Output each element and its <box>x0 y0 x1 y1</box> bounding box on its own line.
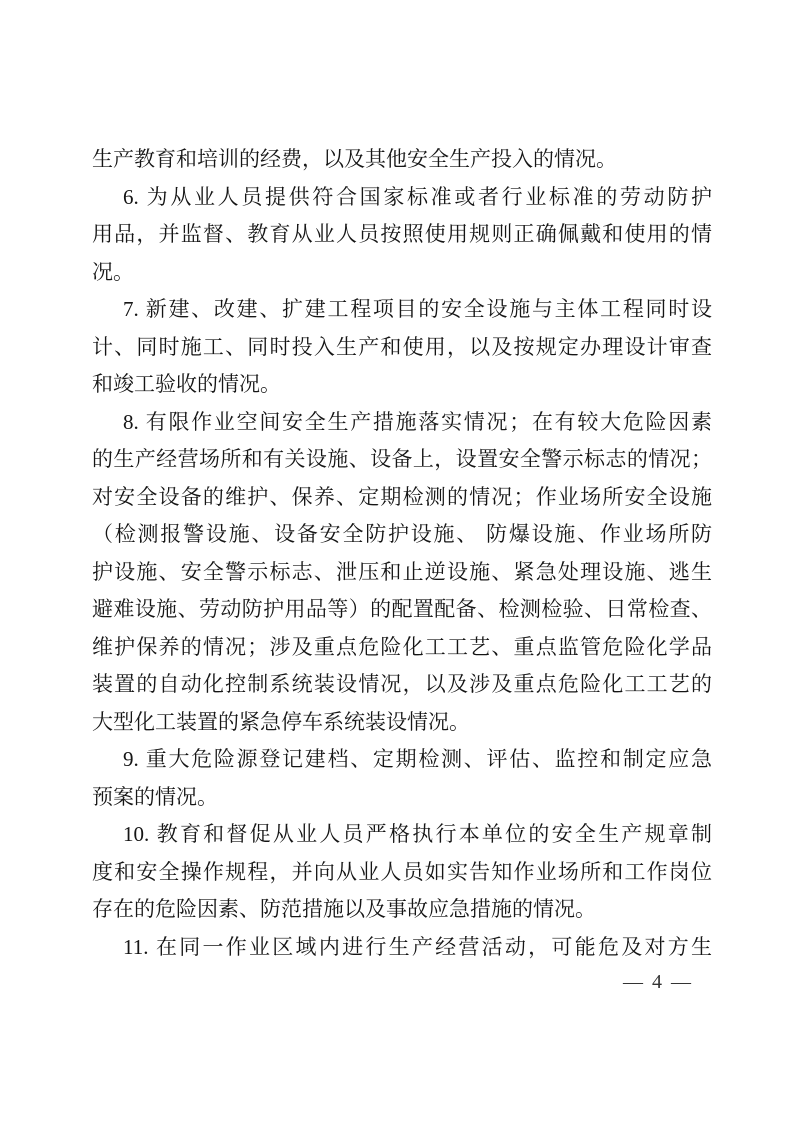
paragraph-item-6: 6. 为从业人员提供符合国家标准或者行业标准的劳动防护 用品，并监督、教育从业人… <box>92 179 712 292</box>
paragraph-item-8: 8. 有限作业空间安全生产措施落实情况；在有较大危险因素 的生产经营场所和有关设… <box>92 404 712 742</box>
text-line: （检测报警设施、设备安全防护设施、 防爆设施、作业场所防 <box>92 516 712 554</box>
text-line: 存在的危险因素、防范措施以及事故应急措施的情况。 <box>92 891 712 929</box>
text-line: 护设施、安全警示标志、泄压和止逆设施、紧急处理设施、逃生 <box>92 554 712 592</box>
paragraph-continuation: 生产教育和培训的经费，以及其他安全生产投入的情况。 <box>92 141 712 179</box>
text-line: 对安全设备的维护、保养、定期检测的情况；作业场所安全设施 <box>92 479 712 517</box>
text-line: 生产教育和培训的经费，以及其他安全生产投入的情况。 <box>92 141 712 179</box>
document-body: 生产教育和培训的经费，以及其他安全生产投入的情况。 6. 为从业人员提供符合国家… <box>92 141 712 966</box>
text-line: 大型化工装置的紧急停车系统装设情况。 <box>92 704 712 742</box>
text-line: 11. 在同一作业区域内进行生产经营活动，可能危及对方生 <box>92 929 712 967</box>
paragraph-item-9: 9. 重大危险源登记建档、定期检测、评估、监控和制定应急 预案的情况。 <box>92 741 712 816</box>
text-line: 9. 重大危险源登记建档、定期检测、评估、监控和制定应急 <box>92 741 712 779</box>
text-line: 装置的自动化控制系统装设情况，以及涉及重点危险化工工艺的 <box>92 666 712 704</box>
text-line: 8. 有限作业空间安全生产措施落实情况；在有较大危险因素 <box>92 404 712 442</box>
text-line: 和竣工验收的情况。 <box>92 366 712 404</box>
page-number: — 4 — <box>623 971 693 994</box>
text-line: 6. 为从业人员提供符合国家标准或者行业标准的劳动防护 <box>92 179 712 217</box>
document-page: 生产教育和培训的经费，以及其他安全生产投入的情况。 6. 为从业人员提供符合国家… <box>0 0 793 1122</box>
text-line: 7. 新建、改建、扩建工程项目的安全设施与主体工程同时设 <box>92 291 712 329</box>
text-line: 预案的情况。 <box>92 779 712 817</box>
text-line: 计、同时施工、同时投入生产和使用，以及按规定办理设计审查 <box>92 329 712 367</box>
paragraph-item-10: 10. 教育和督促从业人员严格执行本单位的安全生产规章制 度和安全操作规程，并向… <box>92 816 712 929</box>
text-line: 避难设施、劳动防护用品等）的配置配备、检测检验、日常检查、 <box>92 591 712 629</box>
text-line: 维护保养的情况；涉及重点危险化工工艺、重点监管危险化学品 <box>92 629 712 667</box>
paragraph-item-7: 7. 新建、改建、扩建工程项目的安全设施与主体工程同时设 计、同时施工、同时投入… <box>92 291 712 404</box>
text-line: 的生产经营场所和有关设施、设备上，设置安全警示标志的情况； <box>92 441 712 479</box>
text-line: 度和安全操作规程，并向从业人员如实告知作业场所和工作岗位 <box>92 854 712 892</box>
paragraph-item-11: 11. 在同一作业区域内进行生产经营活动，可能危及对方生 <box>92 929 712 967</box>
text-line: 10. 教育和督促从业人员严格执行本单位的安全生产规章制 <box>92 816 712 854</box>
text-line: 况。 <box>92 254 712 292</box>
text-line: 用品，并监督、教育从业人员按照使用规则正确佩戴和使用的情 <box>92 216 712 254</box>
